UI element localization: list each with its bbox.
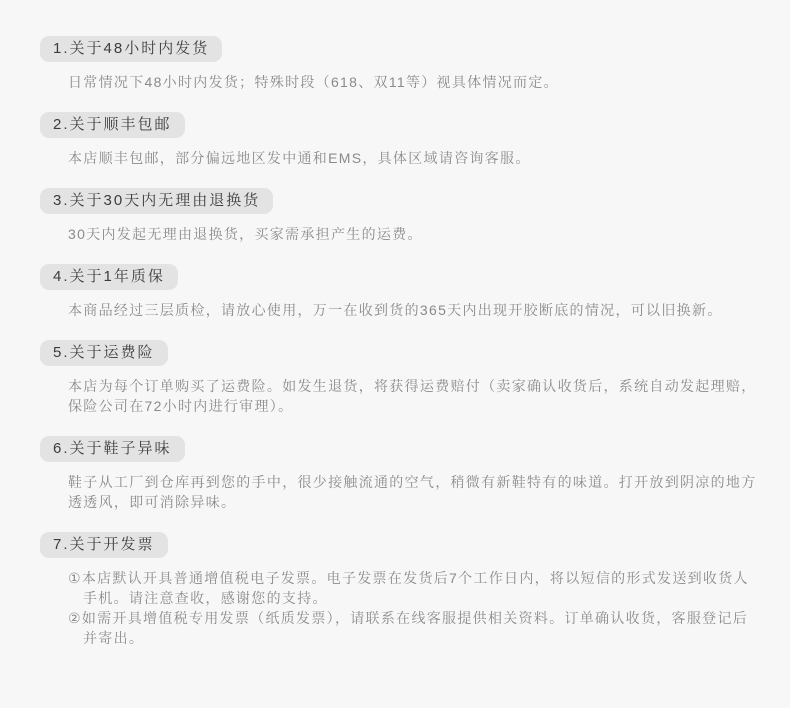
section-title-badge: 6.关于鞋子异味 <box>40 436 185 462</box>
faq-section: 3.关于30天内无理由退换货 30天内发起无理由退换货，买家需承担产生的运费。 <box>40 188 762 244</box>
section-title-badge: 5.关于运费险 <box>40 340 168 366</box>
section-title-badge: 7.关于开发票 <box>40 532 168 558</box>
faq-section-list: 1.关于48小时内发货 日常情况下48小时内发货；特殊时段（618、双11等）视… <box>40 36 762 648</box>
faq-section: 1.关于48小时内发货 日常情况下48小时内发货；特殊时段（618、双11等）视… <box>40 36 762 92</box>
section-body-line: 本店顺丰包邮，部分偏远地区发中通和EMS，具体区域请咨询客服。 <box>68 148 762 168</box>
section-body-line: 本店为每个订单购买了运费险。如发生退货，将获得运费赔付（卖家确认收货后，系统自动… <box>68 376 762 416</box>
faq-section: 5.关于运费险 本店为每个订单购买了运费险。如发生退货，将获得运费赔付（卖家确认… <box>40 340 762 416</box>
section-body-line: ①本店默认开具普通增值税电子发票。电子发票在发货后7个工作日内，将以短信的形式发… <box>68 568 762 608</box>
faq-section: 4.关于1年质保 本商品经过三层质检，请放心使用，万一在收到货的365天内出现开… <box>40 264 762 320</box>
section-body: 30天内发起无理由退换货，买家需承担产生的运费。 <box>68 224 762 244</box>
section-body-line: 日常情况下48小时内发货；特殊时段（618、双11等）视具体情况而定。 <box>68 72 762 92</box>
section-title-badge: 4.关于1年质保 <box>40 264 178 290</box>
faq-section: 7.关于开发票 ①本店默认开具普通增值税电子发票。电子发票在发货后7个工作日内，… <box>40 532 762 648</box>
section-body: 本商品经过三层质检，请放心使用，万一在收到货的365天内出现开胶断底的情况，可以… <box>68 300 762 320</box>
section-body-line: 鞋子从工厂到仓库再到您的手中，很少接触流通的空气，稍微有新鞋特有的味道。打开放到… <box>68 472 762 512</box>
faq-section: 2.关于顺丰包邮 本店顺丰包邮，部分偏远地区发中通和EMS，具体区域请咨询客服。 <box>40 112 762 168</box>
section-body-line: 本商品经过三层质检，请放心使用，万一在收到货的365天内出现开胶断底的情况，可以… <box>68 300 762 320</box>
faq-section: 6.关于鞋子异味 鞋子从工厂到仓库再到您的手中，很少接触流通的空气，稍微有新鞋特… <box>40 436 762 512</box>
section-body-line: ②如需开具增值税专用发票（纸质发票），请联系在线客服提供相关资料。订单确认收货，… <box>68 608 762 648</box>
section-body: ①本店默认开具普通增值税电子发票。电子发票在发货后7个工作日内，将以短信的形式发… <box>68 568 762 648</box>
section-body: 鞋子从工厂到仓库再到您的手中，很少接触流通的空气，稍微有新鞋特有的味道。打开放到… <box>68 472 762 512</box>
faq-policy-panel: 1.关于48小时内发货 日常情况下48小时内发货；特殊时段（618、双11等）视… <box>0 0 790 708</box>
section-body: 日常情况下48小时内发货；特殊时段（618、双11等）视具体情况而定。 <box>68 72 762 92</box>
section-title-badge: 1.关于48小时内发货 <box>40 36 222 62</box>
section-title-badge: 2.关于顺丰包邮 <box>40 112 185 138</box>
section-body-line: 30天内发起无理由退换货，买家需承担产生的运费。 <box>68 224 762 244</box>
section-body: 本店顺丰包邮，部分偏远地区发中通和EMS，具体区域请咨询客服。 <box>68 148 762 168</box>
section-body: 本店为每个订单购买了运费险。如发生退货，将获得运费赔付（卖家确认收货后，系统自动… <box>68 376 762 416</box>
section-title-badge: 3.关于30天内无理由退换货 <box>40 188 273 214</box>
